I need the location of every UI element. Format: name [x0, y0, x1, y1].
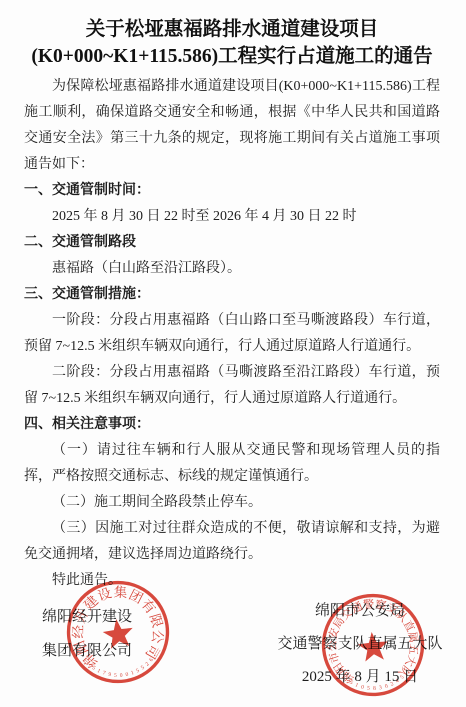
section-4-item-1: （一）请过往车辆和行人服从交通民警和现场管理人员的指挥，严格按照交通标志、标线的… [24, 438, 440, 490]
svg-text:限: 限 [147, 612, 165, 630]
svg-text:9: 9 [108, 672, 112, 678]
svg-text:属: 属 [405, 631, 420, 644]
notice-body: 为保障松垭惠福路排水通道建设项目(K0+000~K1+115.586)工程施工顺… [24, 74, 440, 594]
svg-text:警: 警 [362, 597, 374, 612]
section-3-heading: 三、交通管制措施： [24, 282, 440, 308]
intro-paragraph: 为保障松垭惠福路排水通道建设项目(K0+000~K1+115.586)工程施工顺… [24, 74, 440, 178]
section-4-heading: 四、相关注意事项： [24, 412, 440, 438]
svg-text:0: 0 [384, 683, 389, 690]
svg-text:2: 2 [145, 661, 151, 667]
svg-text:1: 1 [96, 668, 101, 675]
svg-text:7: 7 [102, 670, 107, 677]
star-icon [101, 617, 135, 650]
svg-text:2: 2 [390, 681, 395, 688]
star-icon [357, 630, 390, 662]
section-1-heading: 一、交通管制时间： [24, 178, 440, 204]
svg-text:经: 经 [71, 624, 86, 638]
svg-text:5: 5 [140, 665, 146, 672]
svg-text:1: 1 [354, 682, 359, 689]
section-3-item-1: 一阶段：分段占用惠福路（白山路口至马嘶渡路段）车行道，预留 7~12.5 米组织… [24, 308, 440, 360]
notice-title: 关于松垭惠福路排水通道建设项目 (K0+000~K1+115.586)工程实行占… [24, 16, 440, 70]
svg-text:0: 0 [360, 684, 364, 691]
signature-area: 绵阳经开建设 集团有限公司 绵阳市公安局 交通警察支队直属五大队 2025 年 … [0, 560, 466, 707]
official-seal-right-icon: 绵阳市公安局交通警察支队直属五大队5105830245 [311, 583, 434, 706]
svg-text:3: 3 [379, 685, 383, 691]
svg-text:8: 8 [373, 686, 376, 692]
section-2-item-1: 惠福路（白山路至沿江路段）。 [24, 256, 440, 282]
section-1-item-1: 2025 年 8 月 30 日 22 时至 2026 年 4 月 30 日 22… [24, 204, 440, 230]
svg-text:5: 5 [135, 668, 140, 675]
svg-text:公: 公 [149, 629, 166, 645]
official-seal-left-icon: 绵阳经开建设集团有限公司517950015526 [55, 569, 181, 695]
svg-text:1: 1 [130, 670, 135, 677]
svg-text:0: 0 [125, 672, 129, 678]
section-4-item-2: （二）施工期间全路段禁止停车。 [24, 490, 440, 516]
notice-title-line2: (K0+000~K1+115.586)工程实行占道施工的通告 [24, 43, 440, 70]
svg-text:5: 5 [114, 673, 117, 679]
svg-text:5: 5 [367, 685, 371, 691]
notice-document: 关于松垭惠福路排水通道建设项目 (K0+000~K1+115.586)工程实行占… [0, 0, 466, 594]
section-2-heading: 二、交通管制路段 [24, 230, 440, 256]
svg-text:4: 4 [395, 678, 401, 685]
section-3-item-2: 二阶段：分段占用惠福路（马嘶渡路至沿江路段）车行道，预留 7~12.5 米组织车… [24, 360, 440, 412]
svg-text:公: 公 [327, 640, 339, 651]
svg-text:0: 0 [120, 673, 123, 679]
svg-text:集: 集 [113, 584, 128, 601]
notice-title-line1: 关于松垭惠福路排水通道建设项目 [24, 16, 440, 43]
